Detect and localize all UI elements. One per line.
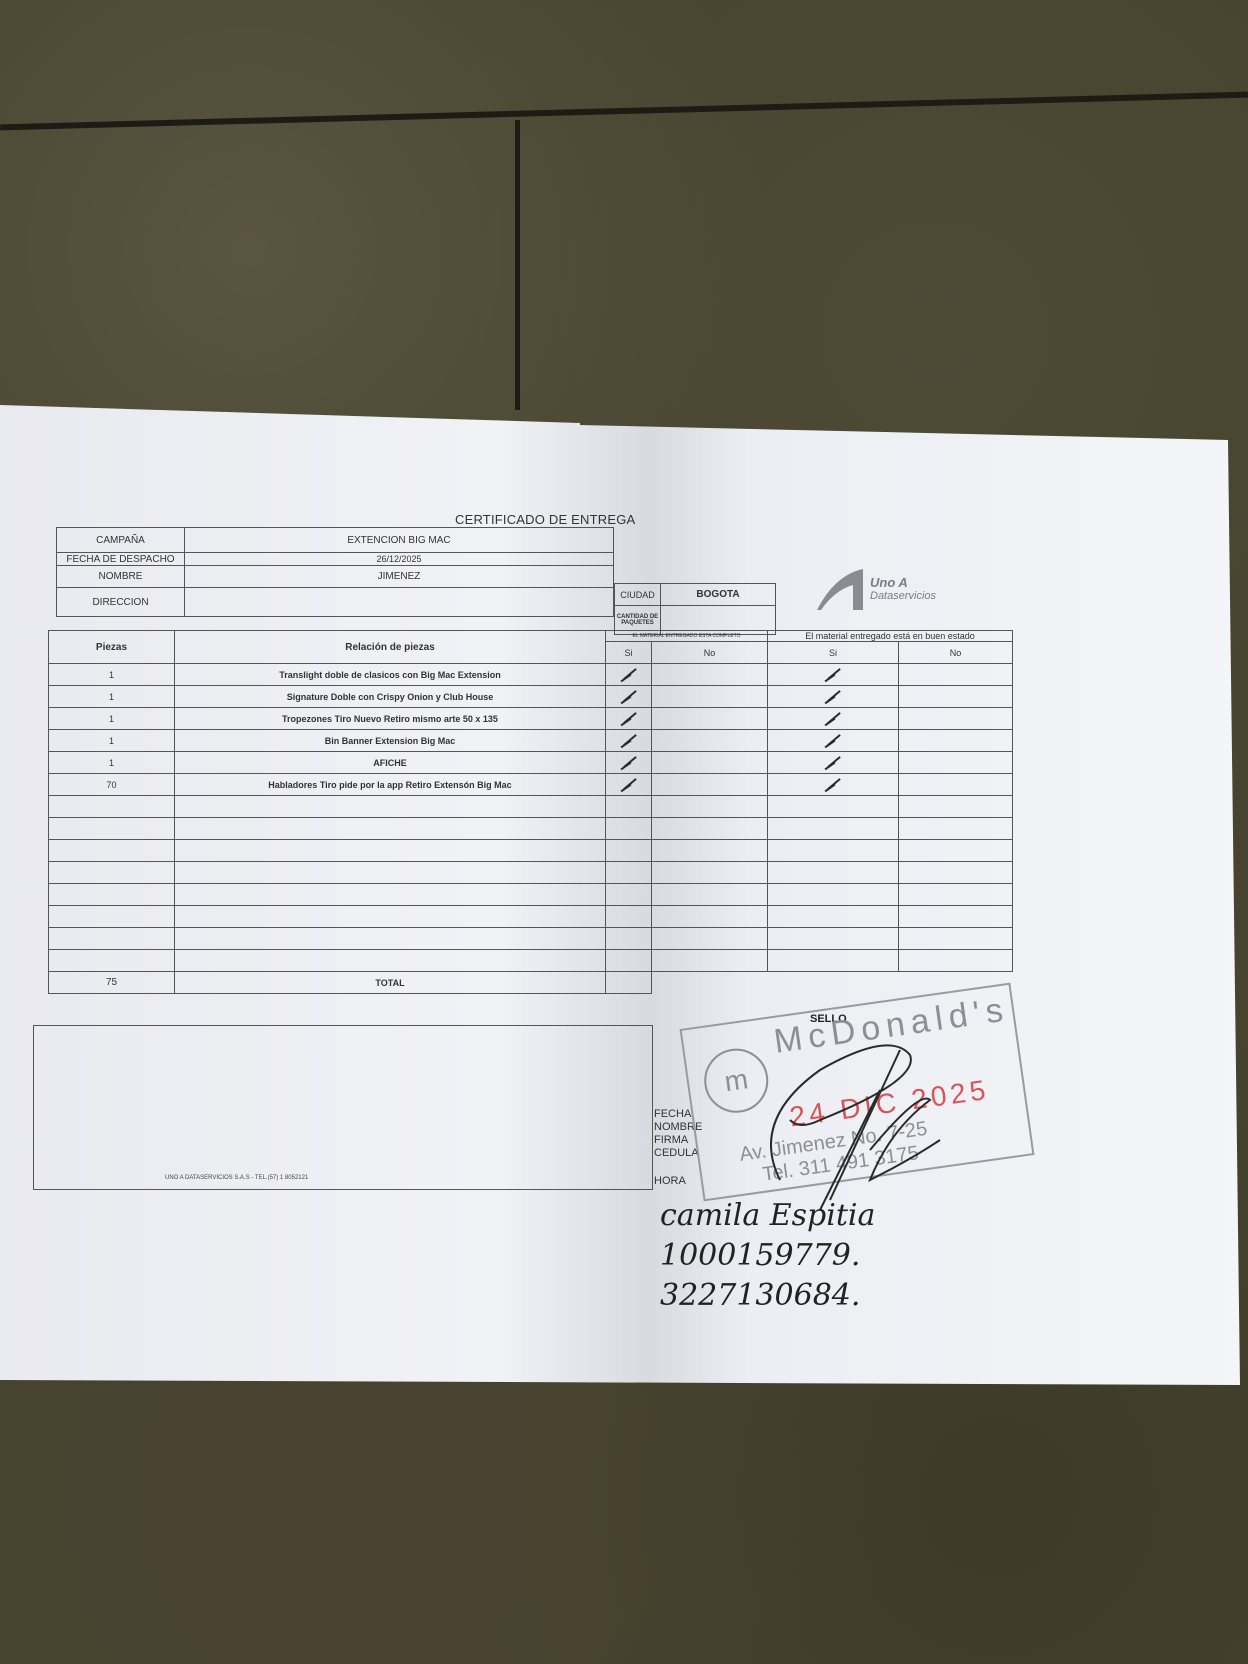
campana-value: EXTENCION BIG MAC [185,528,614,553]
buen-estado-no-cell [899,950,1013,972]
completo-si-cell [606,818,652,840]
item-description [175,796,606,818]
item-qty [49,928,175,950]
completo-no-cell [652,818,768,840]
completo-si-cell [606,840,652,862]
item-description: Translight doble de clasicos con Big Mac… [175,664,606,686]
item-description [175,906,606,928]
table-row: 1Signature Doble con Crispy Onion y Club… [49,686,1013,708]
nombre-value: JIMENEZ [185,566,614,588]
item-description: Habladores Tiro pide por la app Retiro E… [175,774,606,796]
item-description: Signature Doble con Crispy Onion y Club … [175,686,606,708]
checkmark-icon [822,776,844,792]
completo-si-cell [606,664,652,686]
buen-estado-si-cell [768,818,899,840]
total-label: TOTAL [175,972,606,994]
checkmark-icon [618,754,640,770]
pavement-crack [515,120,520,410]
buen-estado-si-cell [768,664,899,686]
document-title: CERTIFICADO DE ENTREGA [455,512,635,527]
completo-no-cell [652,730,768,752]
completo-si-cell [606,906,652,928]
buen-estado-si-cell [768,928,899,950]
logo-subtitle: Dataservicios [870,590,936,602]
table-row [49,862,1013,884]
completo-no-header: No [652,642,768,664]
buen-estado-no-cell [899,818,1013,840]
checkmark-icon [822,666,844,682]
item-qty: 1 [49,686,175,708]
buen-estado-no-cell [899,928,1013,950]
fecha-despacho-label: FECHA DE DESPACHO [57,553,185,566]
buen-estado-si-cell [768,686,899,708]
nombre-label: NOMBRE [57,566,185,588]
sello-field-fecha: FECHA [654,1108,691,1120]
buen-estado-si-cell [768,862,899,884]
table-row [49,884,1013,906]
completo-no-cell [652,796,768,818]
buen-estado-no-cell [899,752,1013,774]
table-row [49,796,1013,818]
sello-field-firma: FIRMA [654,1134,688,1146]
completo-no-cell [652,708,768,730]
completo-no-cell [652,862,768,884]
direccion-value [185,588,614,617]
handwritten-phone: 3227130684. [660,1278,860,1313]
buen-estado-si-cell [768,774,899,796]
buen-estado-si-cell [768,796,899,818]
buen-estado-header: El material entregado está en buen estad… [768,631,1013,642]
completo-no-cell [652,664,768,686]
completo-si-cell [606,730,652,752]
buen-estado-si-cell [768,950,899,972]
buen-estado-no-header: No [899,642,1013,664]
handwritten-name: camila Espitia [660,1198,875,1233]
table-row: 70Habladores Tiro pide por la app Retiro… [49,774,1013,796]
item-qty [49,796,175,818]
completo-header: EL MATERIAL ENTREGADO ESTA COMPLETO [606,631,768,642]
item-qty: 1 [49,664,175,686]
table-row: 1Translight doble de clasicos con Big Ma… [49,664,1013,686]
buen-estado-no-cell [899,796,1013,818]
item-description [175,862,606,884]
item-qty [49,884,175,906]
total-spacer [606,972,652,994]
completo-no-cell [652,752,768,774]
total-row: 75TOTAL [49,972,1013,994]
item-qty [49,950,175,972]
buen-estado-no-cell [899,708,1013,730]
item-description: Bin Banner Extension Big Mac [175,730,606,752]
logo-name: Uno A [870,575,908,590]
completo-no-cell [652,884,768,906]
checkmark-icon [822,754,844,770]
item-qty [49,906,175,928]
item-qty [49,862,175,884]
checkmark-icon [822,710,844,726]
completo-si-cell [606,708,652,730]
item-qty: 1 [49,730,175,752]
item-qty: 1 [49,752,175,774]
buen-estado-no-cell [899,906,1013,928]
city-table: CIUDAD BOGOTA CANTIDAD DE PAQUETES [614,583,776,635]
buen-estado-no-cell [899,774,1013,796]
item-description [175,950,606,972]
completo-no-cell [652,686,768,708]
table-row: 1Bin Banner Extension Big Mac [49,730,1013,752]
buen-estado-si-cell [768,730,899,752]
table-row [49,840,1013,862]
item-description: AFICHE [175,752,606,774]
table-row [49,818,1013,840]
ciudad-value: BOGOTA [661,584,776,606]
item-description [175,818,606,840]
buen-estado-no-cell [899,862,1013,884]
handwritten-cedula: 1000159779. [660,1238,860,1273]
campana-label: CAMPAÑA [57,528,185,553]
buen-estado-no-cell [899,664,1013,686]
header-info-table: CAMPAÑA EXTENCION BIG MAC FECHA DE DESPA… [56,527,614,617]
completo-si-header: Si [606,642,652,664]
completo-no-cell [652,928,768,950]
sello-field-cedula: CEDULA [654,1147,699,1159]
uno-a-logo-icon [815,565,865,615]
total-qty: 75 [49,972,175,994]
completo-no-cell [652,906,768,928]
checkmark-icon [618,710,640,726]
checkmark-icon [618,776,640,792]
buen-estado-no-cell [899,884,1013,906]
checkmark-icon [618,666,640,682]
completo-no-cell [652,950,768,972]
item-qty: 1 [49,708,175,730]
buen-estado-si-cell [768,708,899,730]
checkmark-icon [618,732,640,748]
uno-a-logo: Uno A Dataservicios [815,565,975,620]
completo-si-cell [606,884,652,906]
item-description: Tropezones Tiro Nuevo Retiro mismo arte … [175,708,606,730]
completo-si-cell [606,686,652,708]
item-description [175,884,606,906]
buen-estado-si-cell [768,884,899,906]
checkmark-icon [822,732,844,748]
buen-estado-no-cell [899,840,1013,862]
completo-si-cell [606,950,652,972]
company-footer: UNO A DATASERVICIOS S.A.S - TEL.(57) 1 8… [165,1175,308,1181]
items-table: Piezas Relación de piezas EL MATERIAL EN… [48,630,1013,994]
table-row [49,906,1013,928]
buen-estado-si-header: Si [768,642,899,664]
completo-si-cell [606,752,652,774]
buen-estado-si-cell [768,840,899,862]
relacion-header: Relación de piezas [175,631,606,664]
completo-no-cell [652,774,768,796]
buen-estado-si-cell [768,752,899,774]
buen-estado-si-cell [768,906,899,928]
table-row: 1Tropezones Tiro Nuevo Retiro mismo arte… [49,708,1013,730]
completo-si-cell [606,928,652,950]
table-row [49,928,1013,950]
buen-estado-no-cell [899,730,1013,752]
piezas-header: Piezas [49,631,175,664]
direccion-label: DIRECCION [57,588,185,617]
table-row [49,950,1013,972]
observations-box [33,1025,653,1190]
item-description [175,840,606,862]
checkmark-icon [822,688,844,704]
item-qty: 70 [49,774,175,796]
checkmark-icon [618,688,640,704]
completo-si-cell [606,774,652,796]
fecha-despacho-value: 26/12/2025 [185,553,614,566]
item-qty [49,840,175,862]
sello-field-hora: HORA [654,1175,686,1187]
buen-estado-no-cell [899,686,1013,708]
signature-icon [760,1030,960,1210]
completo-si-cell [606,796,652,818]
item-description [175,928,606,950]
table-row: 1AFICHE [49,752,1013,774]
ciudad-label: CIUDAD [615,584,661,606]
item-qty [49,818,175,840]
completo-no-cell [652,840,768,862]
completo-si-cell [606,862,652,884]
